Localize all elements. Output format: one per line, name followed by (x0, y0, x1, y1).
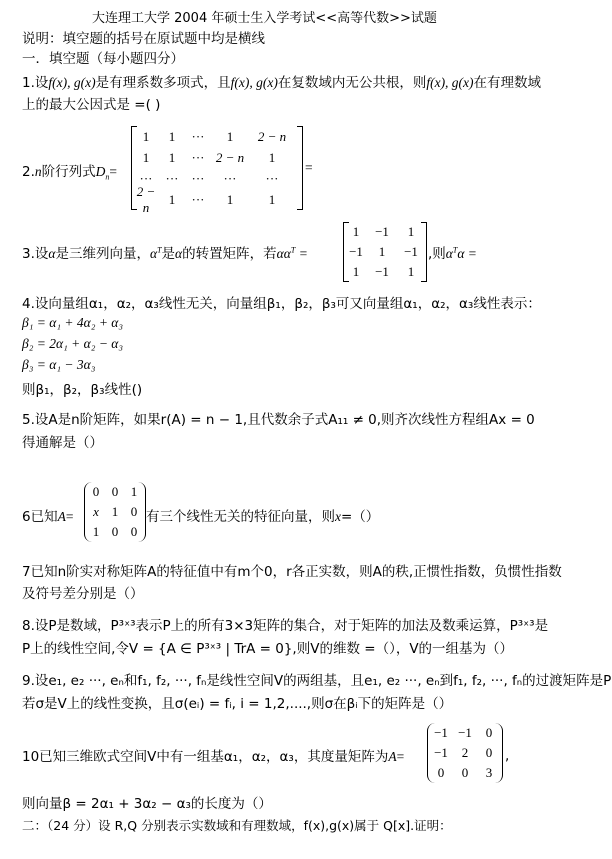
q1-math-fg: f(x), g(x) (426, 75, 473, 90)
matrix-cell: ··· (249, 171, 295, 187)
metric-matrix-A: −1 −1 0 −1 2 0 0 0 3 (430, 723, 500, 783)
matrix-cell: 1 (159, 192, 185, 208)
matrix-cell: −1 (452, 725, 478, 741)
q10-comma: , (505, 748, 509, 764)
q4-equation-3: β₃ = α₁ − 3α₃ (22, 357, 95, 373)
q1-math-fg: f(x), g(x) (231, 75, 278, 90)
question-9-line-2: 若σ是V上的线性变换，且σ(eᵢ) = fᵢ, i = 1,2,....,则σ在… (22, 692, 452, 712)
matrix-cell: 2 − n (211, 150, 249, 166)
matrix-cell: −1 (367, 224, 397, 240)
matrix-cell: 1 (249, 192, 295, 208)
section-2-heading: 二：（24 分）设 R,Q 分别表示实数域和有理数域，f(x),g(x)属于 Q… (22, 816, 452, 834)
q3-text: 3.设 (22, 246, 48, 262)
matrix-cell: 0 (105, 524, 125, 540)
matrix-cell: 1 (159, 150, 185, 166)
matrix-cell: ··· (211, 171, 249, 187)
matrix-cell: ··· (159, 171, 185, 187)
matrix-cell: 0 (105, 484, 125, 500)
matrix-cell: ··· (185, 129, 211, 145)
matrix-cell: 1 (249, 150, 295, 166)
matrix-cell: 0 (452, 765, 478, 781)
question-7-line-2: 及符号差分别是（） (22, 582, 144, 602)
q3-eq: = (300, 246, 308, 261)
matrix-aaT: 1 −1 1 −1 1 −1 1 −1 1 (345, 222, 425, 282)
question-1-line-1: 1.设f(x), g(x)是有理系数多项式，且f(x), g(x)在复数域内无公… (22, 71, 541, 91)
q6-A: A (58, 509, 66, 524)
matrix-cell: −1 (367, 264, 397, 280)
matrix-cell: ··· (185, 171, 211, 187)
q4-equation-1: β₁ = α₁ + 4α₂ + α₃ (22, 315, 123, 331)
matrix-cell: 2 (452, 745, 478, 761)
paren-left (427, 723, 435, 783)
bracket-right (421, 222, 427, 282)
q2-trailing-equals: = (305, 160, 313, 176)
question-10-label: 10已知三维欧式空间V中有一组基α₁，α₂，α₃，其度量矩阵为A= (22, 745, 404, 765)
matrix-cell: 1 (211, 192, 249, 208)
matrix-A-q6: 0 0 1 x 1 0 1 0 0 (87, 482, 143, 542)
q3-text: 是三维列向量， (55, 246, 150, 262)
q2-n: n (35, 164, 42, 179)
q6-tail: 有三个线性无关的特征向量，则x=（） (146, 505, 379, 525)
q4-conclusion: 则β₁，β₂，β₃线性() (22, 378, 142, 398)
q2-text: 阶行列式 (42, 164, 96, 180)
q1-text: 是有理系数多项式，且 (96, 75, 231, 91)
q1-text: 在有理数域 (474, 75, 542, 91)
question-3-label: 3.设α是三维列向量，αT是α的转置矩阵，若ααT = (22, 242, 307, 262)
q1-text: 在复数域内无公共根，则 (278, 75, 427, 91)
matrix-cell: ··· (185, 192, 211, 208)
question-8-line-2: P上的线性空间,令V = {A ∈ P³ˣ³ | TrA = 0},则V的维数 … (22, 637, 513, 657)
exam-title: 大连理工大学 2004 年硕士生入学考试<<高等代数>>试题 (92, 7, 437, 26)
q6-text: 6已知 (22, 509, 58, 525)
question-8-line-1: 8.设P是数域，P³ˣ³表示P上的所有3×3矩阵的集合，对于矩阵的加法及数乘运算… (22, 614, 548, 634)
q3-aaT: αα (277, 246, 291, 261)
q10-A: A (388, 749, 396, 764)
q2-Dn: D (96, 164, 106, 179)
q3-alpha: α = (457, 246, 477, 261)
matrix-cell: 1 (367, 244, 397, 260)
matrix-cell: 1 (211, 129, 249, 145)
bracket-right (297, 126, 303, 210)
question-5-line-1: 5.设A是n阶矩阵，如果r(A) = n − 1,且代数余子式A₁₁ ≠ 0,则… (22, 408, 535, 428)
question-2-label: 2.n阶行列式Dn= (22, 160, 117, 182)
q6-text: 有三个线性无关的特征向量，则 (146, 509, 335, 525)
q4-equation-2: β₂ = 2α₁ + α₂ − α₃ (22, 336, 123, 352)
q2-eq: = (109, 164, 117, 179)
q3-text: 的转置矩阵，若 (182, 246, 277, 262)
q3-alpha: α (150, 246, 157, 261)
q2-number: 2. (22, 164, 35, 180)
matrix-cell: 1 (105, 504, 125, 520)
q1-text: 1.设 (22, 75, 48, 91)
bracket-left (343, 222, 349, 282)
section-1-heading: 一．填空题（每小题四分） (22, 47, 184, 67)
q1-math-fg: f(x), g(x) (48, 75, 95, 90)
q3-alpha: α (446, 246, 453, 261)
question-10-line-2: 则向量β = 2α₁ + 3α₂ − α₃的长度为（） (22, 792, 272, 812)
question-7-line-1: 7已知n阶实对称矩阵A的特征值中有m个0，r各正实数，则A的秩,正惯性指数，负惯… (22, 560, 562, 580)
question-9-line-1: 9.设e₁, e₂ ···, eₙ和f₁, f₂, ···, fₙ是线性空间V的… (22, 669, 612, 689)
q10-text: 10已知三维欧式空间V中有一组基α₁，α₂，α₃，其度量矩阵为 (22, 749, 388, 765)
q3-text: 是 (162, 246, 176, 262)
q6-text: =（） (341, 509, 379, 525)
paren-left (84, 482, 92, 542)
question-5-line-2: 得通解是（） (22, 431, 103, 451)
determinant-matrix-Dn: 1 1 ··· 1 2 − n 1 1 ··· 2 − n 1 ··· ··· … (133, 126, 301, 210)
q3-tail: ,则αTα = (428, 242, 477, 262)
q10-eq: = (397, 749, 405, 764)
question-6-label: 6已知A= (22, 505, 73, 525)
paren-right (495, 723, 503, 783)
question-1-line-2: 上的最大公因式是 =( ) (22, 93, 160, 113)
q6-eq: = (66, 509, 74, 524)
q3-transpose-mark: T (291, 246, 295, 255)
matrix-cell: ··· (185, 150, 211, 166)
q3-text: ,则 (428, 246, 446, 262)
paren-right (138, 482, 146, 542)
instruction-note: 说明：填空题的括号在原试题中均是横线 (22, 27, 265, 47)
question-4-line-1: 4.设向量组α₁，α₂，α₃线性无关，向量组β₁，β₂，β₃可又向量组α₁，α₂… (22, 292, 541, 312)
bracket-left (131, 126, 137, 210)
matrix-cell: 2 − n (249, 129, 295, 145)
matrix-cell: 1 (159, 129, 185, 145)
